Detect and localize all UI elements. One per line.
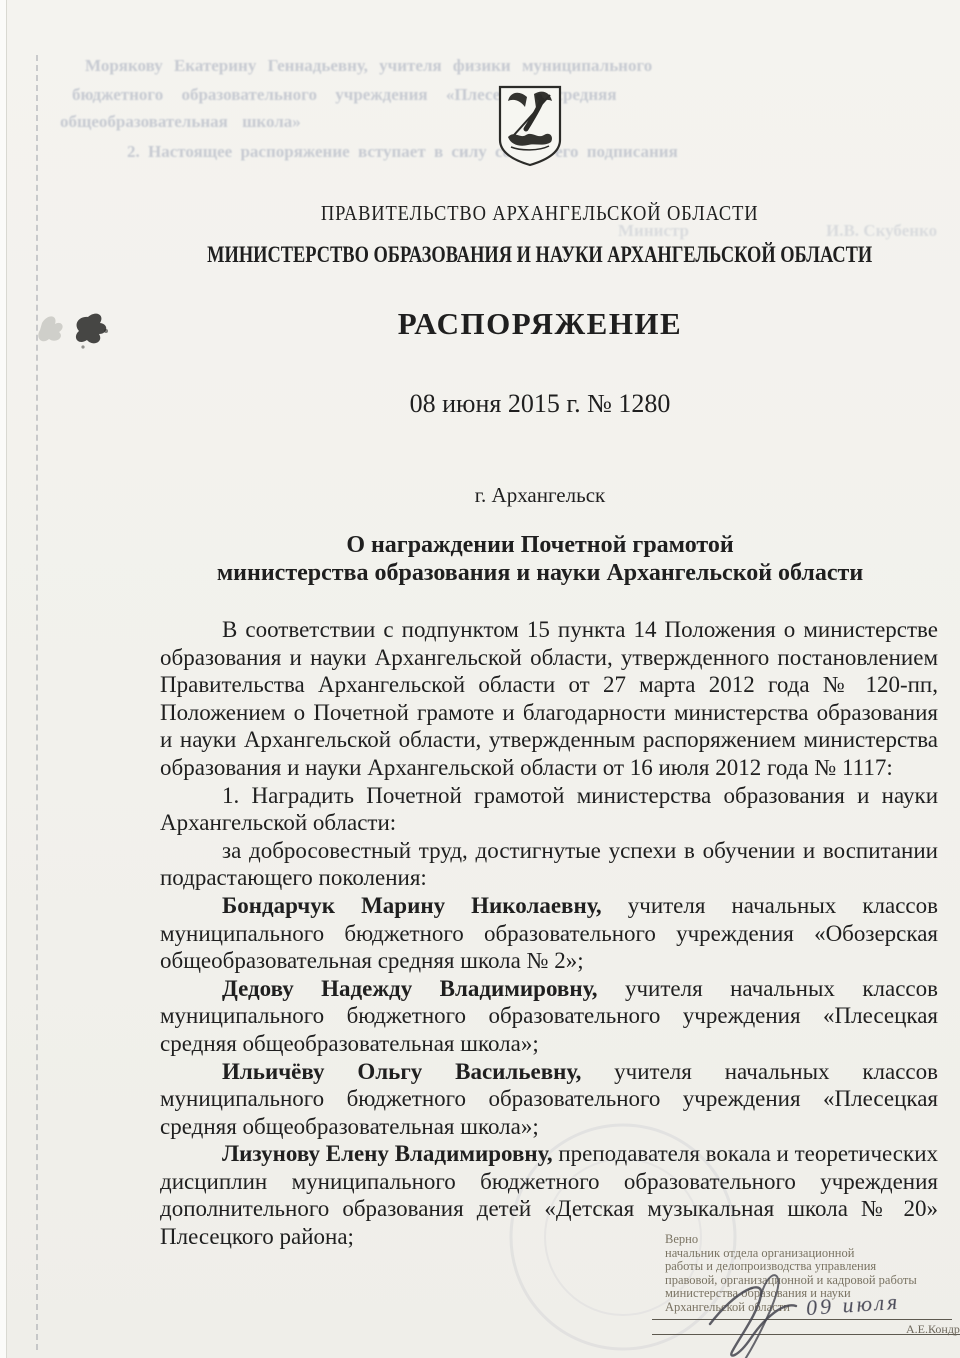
ink-blot <box>28 303 120 359</box>
bleedthrough-line: Морякову Екатерину Геннадьевну, учителя … <box>85 56 652 76</box>
paragraph: В соответствии с подпунктом 15 пункта 14… <box>160 616 938 782</box>
handwritten-date: 09 июля <box>805 1289 901 1322</box>
awardee-name: Бондарчук Марину Николаевну, <box>222 893 602 918</box>
city-label: г. Архангельск <box>120 483 960 508</box>
certification-line: начальник отдела организационной <box>665 1247 960 1261</box>
certification-verno: Верно <box>665 1233 960 1247</box>
awardee-name: Ильичёву Ольгу Васильевну, <box>222 1059 581 1084</box>
fold-dotted-line <box>36 55 38 1350</box>
date-and-number: 08 июня 2015 г. № 1280 <box>120 389 960 419</box>
paragraph: за добросовестный труд, достигнутые успе… <box>160 837 938 892</box>
government-header-text: ПРАВИТЕЛЬСТВО АРХАНГЕЛЬСКОЙ ОБЛАСТИ <box>321 201 759 226</box>
coat-of-arms-icon <box>497 84 563 168</box>
signer-name: А.Е.Кондр <box>906 1322 960 1337</box>
subject-line-2: министерства образования и науки Арханге… <box>120 559 960 587</box>
bleedthrough-line: 2. Настоящее распоряжение вступает в сил… <box>127 142 678 162</box>
awardee-name: Дедову Надежду Владимировну, <box>222 976 598 1001</box>
paragraph: Дедову Надежду Владимировну, учителя нач… <box>160 975 938 1058</box>
ministry-header: МИНИСТЕРСТВО ОБРАЗОВАНИЯ И НАУКИ АРХАНГЕ… <box>120 242 960 268</box>
page-edge-line <box>0 0 7 1358</box>
bleedthrough-line: общеобразовательная школа» <box>60 112 301 132</box>
scanned-document-page: Морякову Екатерину Геннадьевну, учителя … <box>0 0 960 1358</box>
document-type-title: РАСПОРЯЖЕНИЕ <box>120 306 960 342</box>
government-header: ПРАВИТЕЛЬСТВО АРХАНГЕЛЬСКОЙ ОБЛАСТИ <box>120 201 960 226</box>
subject-line-1: О награждении Почетной грамотой <box>120 531 960 559</box>
paragraph: 1. Наградить Почетной грамотой министерс… <box>160 782 938 837</box>
paragraph: Бондарчук Марину Николаевну, учителя нач… <box>160 892 938 975</box>
ministry-header-text: МИНИСТЕРСТВО ОБРАЗОВАНИЯ И НАУКИ АРХАНГЕ… <box>207 242 872 268</box>
subject-title: О награждении Почетной грамотой министер… <box>120 531 960 587</box>
